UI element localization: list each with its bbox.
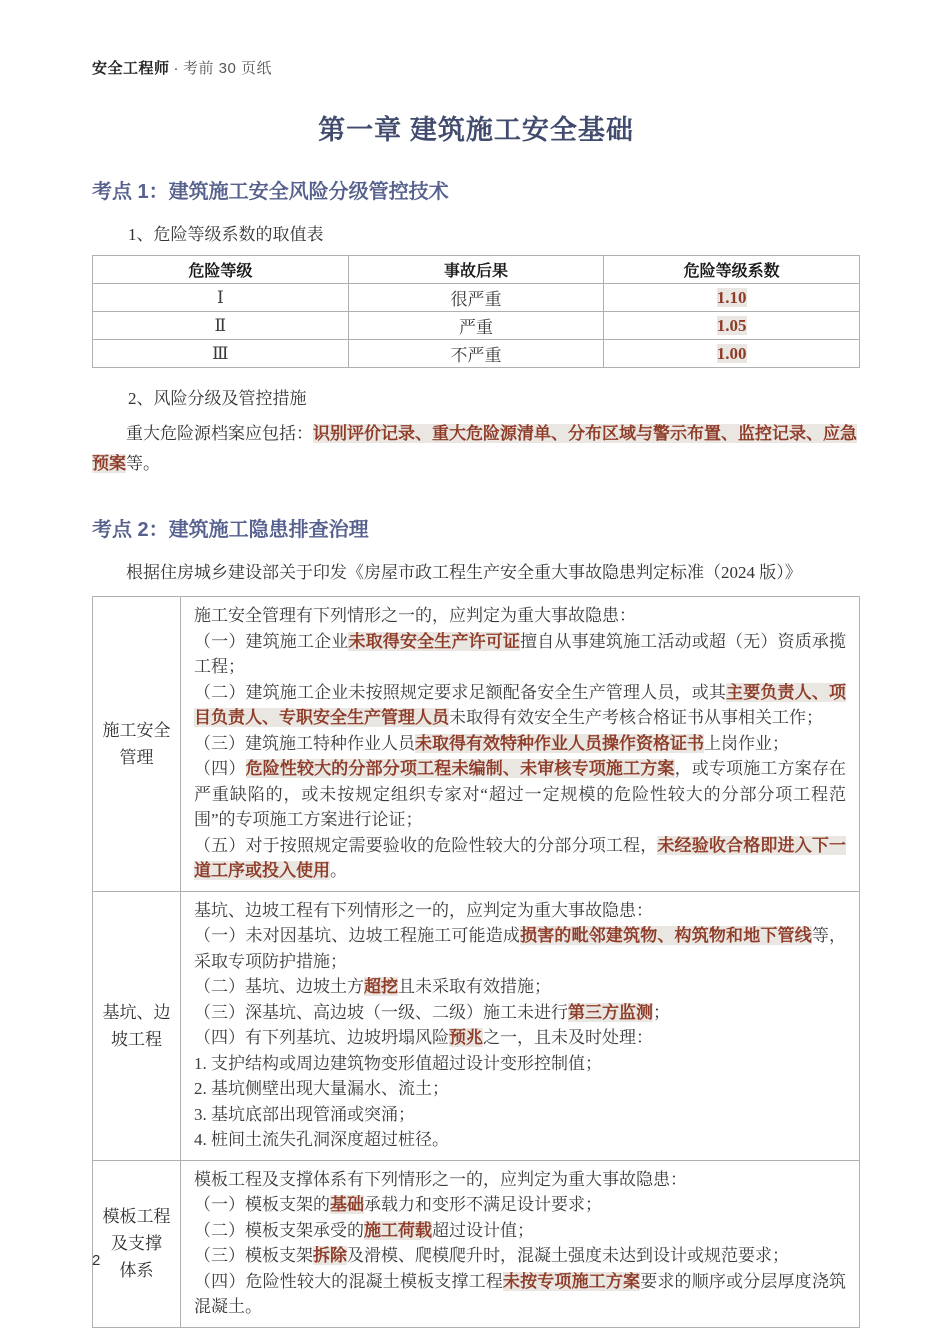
cell-factor: 1.10 (604, 284, 860, 312)
table-row: Ⅲ不严重1.00 (93, 340, 860, 368)
criteria-line: （一）未对因基坑、边坡工程施工可能造成损害的毗邻建筑物、构筑物和地下管线等，采取… (194, 923, 846, 974)
highlighted-value: 1.05 (717, 316, 747, 335)
hazard-archive-paragraph: 重大危险源档案应包括：识别评价记录、重大危险源清单、分布区域与警示布置、监控记录… (92, 419, 860, 479)
highlighted-text: 未取得有效特种作业人员操作资格证书 (415, 734, 704, 753)
criteria-line: （三）模板支架拆除及滑模、爬模爬升时，混凝土强度未达到设计或规范要求； (194, 1243, 846, 1269)
criteria-row: 基坑、边 坡工程基坑、边坡工程有下列情形之一的，应判定为重大事故隐患：（一）未对… (93, 891, 860, 1160)
cell-consequence: 很严重 (348, 284, 604, 312)
body-text: 基坑、边坡工程有下列情形之一的，应判定为重大事故隐患： (194, 901, 653, 920)
body-text: （二）基坑、边坡土方 (194, 977, 364, 996)
body-text: 且未采取有效措施； (398, 977, 551, 996)
body-text: （三）深基坑、高边坡（一级、二级）施工未进行 (194, 1003, 568, 1022)
body-text: （二）建筑施工企业未按照规定要求足额配备安全生产管理人员，或其 (194, 683, 726, 702)
criteria-content: 施工安全管理有下列情形之一的，应判定为重大事故隐患：（一）建筑施工企业未取得安全… (181, 597, 860, 892)
document-page: 安全工程师·考前 30 页纸 第一章 建筑施工安全基础 考点 1：建筑施工安全风… (0, 0, 950, 1333)
criteria-line: 3. 基坑底部出现管涌或突涌； (194, 1102, 846, 1128)
body-text: （二）模板支架承受的 (194, 1221, 364, 1240)
criteria-line: （一）建筑施工企业未取得安全生产许可证擅自从事建筑施工活动或超（无）资质承揽工程… (194, 629, 846, 680)
criteria-line: 模板工程及支撑体系有下列情形之一的，应判定为重大事故隐患： (194, 1167, 846, 1193)
hazard-criteria-table: 施工安全 管理施工安全管理有下列情形之一的，应判定为重大事故隐患：（一）建筑施工… (92, 596, 860, 1328)
criteria-line: 施工安全管理有下列情形之一的，应判定为重大事故隐患： (194, 603, 846, 629)
highlighted-text: 危险性较大的分部分项工程未编制、未审核专项施工方案 (246, 759, 675, 778)
body-text: （四） (194, 759, 246, 778)
doc-header-suffix: 考前 30 页纸 (183, 60, 272, 77)
criteria-line: （二）模板支架承受的施工荷载超过设计值； (194, 1218, 846, 1244)
doc-header-separator: · (174, 60, 180, 77)
column-header: 危险等级 (93, 256, 349, 284)
section-1-item-1: 1、危险等级系数的取值表 (128, 220, 860, 245)
column-header: 危险等级系数 (604, 256, 860, 284)
criteria-category-label: 基坑、边 坡工程 (93, 891, 181, 1160)
body-text: 1. 支护结构或周边建筑物变形值超过设计变形控制值； (194, 1054, 602, 1073)
criteria-line: 基坑、边坡工程有下列情形之一的，应判定为重大事故隐患： (194, 898, 846, 924)
body-text: （三）建筑施工特种作业人员 (194, 734, 415, 753)
criteria-line: 4. 桩间土流失孔洞深度超过桩径。 (194, 1127, 846, 1153)
body-text: 等。 (126, 454, 160, 473)
body-text: 重大危险源档案应包括： (126, 424, 313, 443)
highlighted-text: 未按专项施工方案 (503, 1272, 640, 1291)
criteria-line: （一）模板支架的基础承载力和变形不满足设计要求； (194, 1192, 846, 1218)
body-text: 施工安全管理有下列情形之一的，应判定为重大事故隐患： (194, 606, 636, 625)
body-text: （四）危险性较大的混凝土模板支撑工程 (194, 1272, 503, 1291)
body-text: （四）有下列基坑、边坡坍塌风险 (194, 1028, 449, 1047)
criteria-row: 施工安全 管理施工安全管理有下列情形之一的，应判定为重大事故隐患：（一）建筑施工… (93, 597, 860, 892)
body-text: （一）建筑施工企业 (194, 632, 348, 651)
criteria-line: （三）深基坑、高边坡（一级、二级）施工未进行第三方监测； (194, 1000, 846, 1026)
body-text: 模板工程及支撑体系有下列情形之一的，应判定为重大事故隐患： (194, 1170, 687, 1189)
section-1-heading: 考点 1：建筑施工安全风险分级管控技术 (92, 175, 860, 204)
criteria-line: （三）建筑施工特种作业人员未取得有效特种作业人员操作资格证书上岗作业； (194, 731, 846, 757)
body-text: 未取得有效安全生产考核合格证书从事相关工作； (449, 708, 823, 727)
criteria-content: 基坑、边坡工程有下列情形之一的，应判定为重大事故隐患：（一）未对因基坑、边坡工程… (181, 891, 860, 1160)
standard-intro-paragraph: 根据住房城乡建设部关于印发《房屋市政工程生产安全重大事故隐患判定标准（2024 … (92, 560, 860, 586)
criteria-row: 模板工程 及支撑 体系模板工程及支撑体系有下列情形之一的，应判定为重大事故隐患：… (93, 1160, 860, 1327)
highlighted-text: 未取得安全生产许可证 (348, 632, 520, 651)
table-row: Ⅰ很严重1.10 (93, 284, 860, 312)
body-text: 及滑模、爬模爬升时，混凝土强度未达到设计或规范要求； (347, 1246, 789, 1265)
doc-header: 安全工程师·考前 30 页纸 (92, 57, 860, 78)
criteria-category-label: 模板工程 及支撑 体系 (93, 1160, 181, 1327)
body-text: （一）未对因基坑、边坡工程施工可能造成 (194, 926, 520, 945)
criteria-category-label: 施工安全 管理 (93, 597, 181, 892)
highlighted-text: 第三方监测 (568, 1003, 653, 1022)
body-text: 承载力和变形不满足设计要求； (364, 1195, 602, 1214)
cell-consequence: 严重 (348, 312, 604, 340)
section-1-item-2: 2、风险分级及管控措施 (128, 384, 860, 409)
risk-table-body: Ⅰ很严重1.10Ⅱ严重1.05Ⅲ不严重1.00 (93, 284, 860, 368)
risk-factor-table: 危险等级事故后果危险等级系数 Ⅰ很严重1.10Ⅱ严重1.05Ⅲ不严重1.00 (92, 255, 860, 368)
cell-factor: 1.00 (604, 340, 860, 368)
section-2-heading: 考点 2：建筑施工隐患排查治理 (92, 513, 860, 542)
criteria-line: 1. 支护结构或周边建筑物变形值超过设计变形控制值； (194, 1051, 846, 1077)
criteria-line: （四）危险性较大的混凝土模板支撑工程未按专项施工方案要求的顺序或分层厚度浇筑混凝… (194, 1269, 846, 1320)
cell-risk-level: Ⅱ (93, 312, 349, 340)
criteria-line: （二）建筑施工企业未按照规定要求足额配备安全生产管理人员，或其主要负责人、项目负… (194, 680, 846, 731)
criteria-line: （四）有下列基坑、边坡坍塌风险预兆之一，且未及时处理： (194, 1025, 846, 1051)
criteria-line: （二）基坑、边坡土方超挖且未采取有效措施； (194, 974, 846, 1000)
highlighted-text: 基础 (330, 1195, 364, 1214)
body-text: 3. 基坑底部出现管涌或突涌； (194, 1105, 415, 1124)
risk-table-header-row: 危险等级事故后果危险等级系数 (93, 256, 860, 284)
criteria-line: （五）对于按照规定需要验收的危险性较大的分部分项工程，未经验收合格即进入下一道工… (194, 833, 846, 884)
criteria-content: 模板工程及支撑体系有下列情形之一的，应判定为重大事故隐患：（一）模板支架的基础承… (181, 1160, 860, 1327)
highlighted-value: 1.00 (717, 344, 747, 363)
cell-factor: 1.05 (604, 312, 860, 340)
body-text: （一）模板支架的 (194, 1195, 330, 1214)
body-text: （五）对于按照规定需要验收的危险性较大的分部分项工程， (194, 836, 657, 855)
criteria-line: （四）危险性较大的分部分项工程未编制、未审核专项施工方案，或专项施工方案存在严重… (194, 756, 846, 833)
highlighted-text: 损害的毗邻建筑物、构筑物和地下管线 (520, 926, 812, 945)
chapter-title: 第一章 建筑施工安全基础 (92, 108, 860, 147)
table-row: Ⅱ严重1.05 (93, 312, 860, 340)
body-text: 上岗作业； (704, 734, 789, 753)
criteria-line: 2. 基坑侧壁出现大量漏水、流土； (194, 1076, 846, 1102)
highlighted-text: 超挖 (364, 977, 398, 996)
body-text: 超过设计值； (432, 1221, 534, 1240)
doc-brand: 安全工程师 (92, 60, 170, 77)
body-text: （三）模板支架 (194, 1246, 313, 1265)
column-header: 事故后果 (348, 256, 604, 284)
highlighted-text: 拆除 (313, 1246, 347, 1265)
cell-risk-level: Ⅲ (93, 340, 349, 368)
body-text: 之一，且未及时处理： (483, 1028, 653, 1047)
body-text: 2. 基坑侧壁出现大量漏水、流土； (194, 1079, 449, 1098)
highlighted-text: 施工荷载 (364, 1221, 432, 1240)
highlighted-text: 预兆 (449, 1028, 483, 1047)
body-text: 4. 桩间土流失孔洞深度超过桩径。 (194, 1130, 449, 1149)
body-text: 。 (330, 861, 347, 880)
cell-risk-level: Ⅰ (93, 284, 349, 312)
page-number: 2 (92, 1252, 100, 1269)
cell-consequence: 不严重 (348, 340, 604, 368)
hazard-criteria-table-body: 施工安全 管理施工安全管理有下列情形之一的，应判定为重大事故隐患：（一）建筑施工… (93, 597, 860, 1328)
body-text: ； (653, 1003, 670, 1022)
highlighted-value: 1.10 (717, 288, 747, 307)
